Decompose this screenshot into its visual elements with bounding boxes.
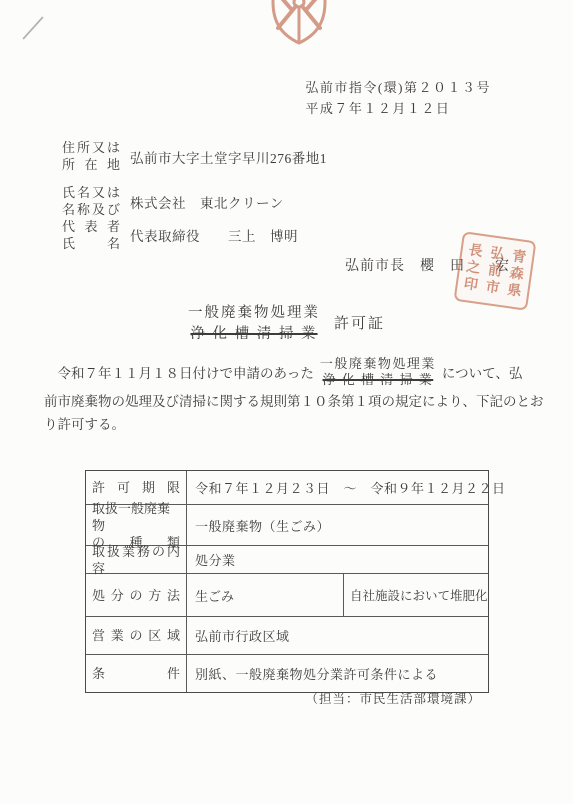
permit-period-value: 令和７年１２月２３日 ～ 令和９年１２月２２日 [187,471,514,504]
mayor-signature: 弘前市長 櫻 田 宏 [345,255,510,275]
address-value: 弘前市大字土堂字早川276番地1 [130,147,327,167]
document-title: 一般廃棄物処理業 浄 化 槽 清 掃 業 許可証 [0,301,573,343]
address-label: 住所又は 所在地 [62,139,120,173]
name-label: 氏名又は 名称及び 代表者 氏名 [62,184,120,252]
table-row-disposal-method: 処分の方法 生ごみ 自社施設において堆肥化 [86,573,488,616]
body-line-2: 前市廃棄物の処理及び清掃に関する規則第１０条第１項の規定により、下記のとお [44,390,544,413]
scanned-permit-document: 弘前市指令(環)第２０１３号 平成７年１２月１２日 住所又は 所在地 弘前市大字… [0,0,573,804]
company-name: 株式会社 東北クリーン [130,192,284,212]
disposal-method-detail: 自社施設において堆肥化 [343,574,494,616]
issue-date: 平成７年１２月１２日 [305,98,491,119]
row-label: 許可期限 [92,479,180,496]
conditions-value: 別紙、一般廃棄物処分業許可条件による [187,655,488,692]
title-septic-tank-struck: 浄 化 槽 清 掃 業 [190,322,317,343]
body-business-type-stack: 一般廃棄物処理業 浄 化 槽 清 掃 業 [320,356,436,388]
waste-type-value: 一般廃棄物（生ごみ） [187,505,488,545]
directive-number: 弘前市指令(環)第２０１３号 [305,77,491,98]
department-note: （担当：市民生活部環境課） [305,689,481,707]
table-row-business-content: 取扱業務の内容 処分業 [86,545,488,573]
pen-slash-mark [22,16,44,40]
title-business-type-stack: 一般廃棄物処理業 浄 化 槽 清 掃 業 [188,301,320,343]
body-line-1: 令和７年１１月１８日付けで申請のあった 一般廃棄物処理業 浄 化 槽 清 掃 業… [44,354,544,390]
row-label: 取扱一般廃棄物 [92,500,180,534]
table-row-waste-type: 取扱一般廃棄物 の種類 一般廃棄物（生ごみ） [86,504,488,545]
body-paragraph: 令和７年１１月１８日付けで申請のあった 一般廃棄物処理業 浄 化 槽 清 掃 業… [44,354,544,436]
row-label: 取扱業務の内容 [92,543,180,577]
row-label: 営業の区域 [92,627,180,644]
row-label: 処分の方法 [92,587,180,604]
disposal-method-value: 生ごみ [187,574,343,616]
table-row-conditions: 条件 別紙、一般廃棄物処分業許可条件による [86,654,488,692]
permit-table: 許可期限 令和７年１２月２３日 ～ 令和９年１２月２２日 取扱一般廃棄物 の種類… [85,470,489,693]
table-row-business-area: 営業の区域 弘前市行政区域 [86,616,488,654]
business-content-value: 処分業 [187,546,488,573]
representative-name: 代表取締役 三上 博明 [130,225,298,245]
business-area-value: 弘前市行政区域 [187,617,488,654]
title-waste-disposal: 一般廃棄物処理業 [188,301,320,322]
body-line-3: り許可する。 [44,413,544,436]
title-permit-label: 許可証 [334,312,385,333]
header-block: 弘前市指令(環)第２０１３号 平成７年１２月１２日 [305,77,491,119]
row-label: 条件 [92,665,180,682]
city-crest-stamp-icon [266,0,332,46]
